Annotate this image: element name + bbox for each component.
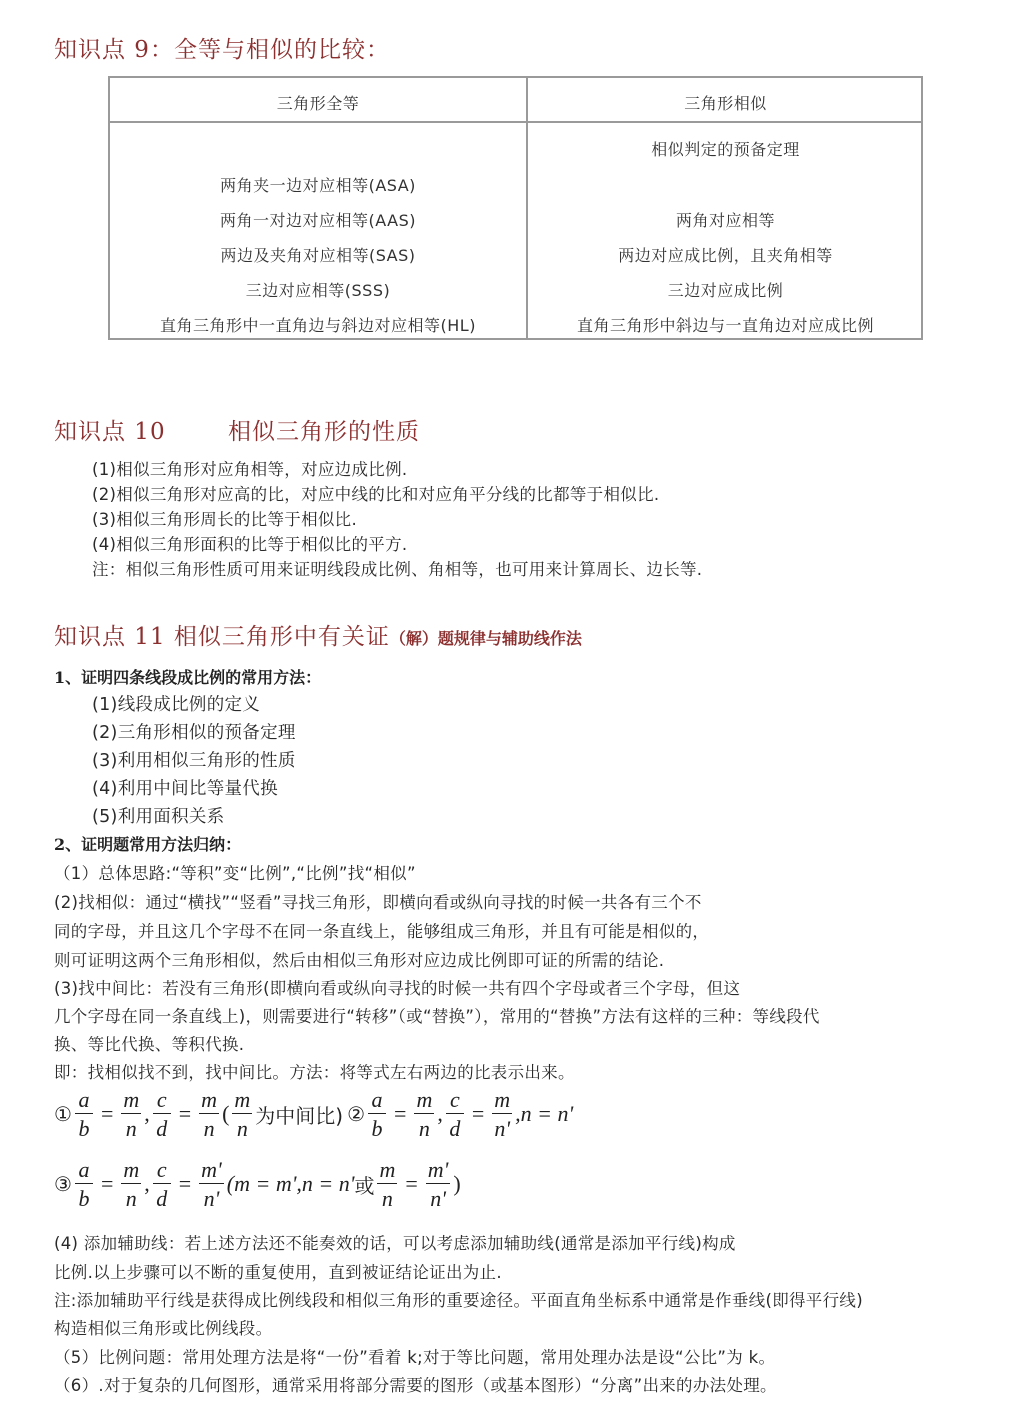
summary-line: (4) 添加辅助线：若上述方法还不能奏效的话，可以考虑添加辅助线(通常是添加平行… — [54, 1230, 736, 1254]
section-10-title-prefix: 知识点 10 — [54, 413, 166, 446]
circled-3-label: ③ — [54, 1172, 72, 1196]
summary-note: 构造相似三角形或比例线段。 — [54, 1315, 272, 1339]
fraction-m-n: mn — [414, 1089, 434, 1140]
property-item: (2)相似三角形对应高的比，对应中线的比和对应角平分线的比都等于相似比. — [92, 481, 659, 505]
formula-row-3: ③ ab = mn , cd = m'n' (m = m',n = n' 或 m… — [54, 1158, 461, 1210]
table-cell-right: 相似判定的预备定理 — [528, 137, 923, 160]
section-10-title: 相似三角形的性质 — [228, 413, 420, 446]
table-cell-left: 直角三角形中一直角边与斜边对应相等(HL) — [110, 313, 526, 336]
circled-1-label: ① — [54, 1102, 72, 1126]
fraction-mprime-nprime: m'n' — [199, 1159, 224, 1210]
section-9-title: 知识点 9：全等与相似的比较： — [54, 31, 390, 64]
method-item: (3)利用相似三角形的性质 — [92, 747, 296, 772]
property-item: (4)相似三角形面积的比等于相似比的平方. — [92, 531, 407, 555]
summary-line: 几个字母在同一条直线上)，则需要进行“转移”（或“替换”），常用的“替换”方法有… — [54, 1003, 820, 1027]
or-text: 或 — [354, 1170, 374, 1199]
fraction-a-b: ab — [368, 1089, 386, 1140]
summary-line: 同的字母，并且这几个字母不在同一条直线上，能够组成三角形，并且有可能是相似的， — [54, 918, 709, 942]
summary-line: 则可证明这两个三角形相似，然后由相似三角形对应边成比例即可证的所需的结论. — [54, 947, 664, 971]
fraction-c-d: cd — [153, 1159, 171, 1210]
fraction-a-b: ab — [75, 1089, 93, 1140]
comparison-table: 三角形全等 三角形相似 两角夹一边对应相等(ASA) 两角一对边对应相等(AAS… — [108, 76, 923, 340]
summary-line: 比例.以上步骤可以不断的重复使用，直到被证结论证出为止. — [54, 1259, 502, 1283]
summary-line: （5）比例问题：常用处理方法是将“一份”看着 k;对于等比问题，常用处理办法是设… — [54, 1344, 775, 1368]
method-item: (4)利用中间比等量代换 — [92, 775, 278, 800]
table-header-congruent: 三角形全等 — [110, 91, 526, 114]
table-cell-left: 两边及夹角对应相等(SAS) — [110, 243, 526, 266]
property-item: (3)相似三角形周长的比等于相似比. — [92, 506, 357, 530]
section-11-title: 知识点 11 相似三角形中有关证（解）题规律与辅助线作法 — [54, 618, 582, 651]
table-header-similar: 三角形相似 — [528, 91, 923, 114]
section-11-title-sub: （解）题规律与辅助线作法 — [390, 629, 582, 648]
table-cell-right: 三边对应成比例 — [528, 278, 923, 301]
method-item: (2)三角形相似的预备定理 — [92, 719, 296, 744]
fraction-a-b: ab — [75, 1159, 93, 1210]
formula-2-tail: ,n = n' — [515, 1101, 573, 1127]
circled-2-label: ② — [347, 1102, 365, 1126]
table-cell-right: 两边对应成比例，且夹角相等 — [528, 243, 923, 266]
fraction-mprime-nprime: m'n' — [426, 1159, 451, 1210]
fraction-m-nprime: mn' — [492, 1089, 512, 1140]
fraction-m-n: mn — [121, 1159, 141, 1210]
mid-ratio-text: 为中间比) — [255, 1100, 343, 1129]
fraction-m-n: mn — [121, 1089, 141, 1140]
fraction-m-n: mn — [232, 1089, 252, 1140]
formula-3-condition: (m = m',n = n' — [227, 1171, 355, 1197]
fraction-m-n: mn — [377, 1159, 397, 1210]
table-cell-left: 三边对应相等(SSS) — [110, 278, 526, 301]
fraction-m-n: mn — [199, 1089, 219, 1140]
part-1-heading: 1、证明四条线段成比例的常用方法： — [54, 665, 321, 688]
table-cell-left: 两角一对边对应相等(AAS) — [110, 208, 526, 231]
table-cell-right: 两角对应相等 — [528, 208, 923, 231]
table-cell-right: 直角三角形中斜边与一直角边对应成比例 — [528, 313, 923, 336]
fraction-c-d: cd — [446, 1089, 464, 1140]
summary-line: (2)找相似：通过“横找”“竖看”寻找三角形，即横向看或纵向寻找的时候一共各有三… — [54, 889, 702, 913]
table-header-divider — [110, 121, 921, 123]
section-11-title-main: 知识点 11 相似三角形中有关证 — [54, 624, 390, 650]
method-item: (5)利用面积关系 — [92, 803, 225, 828]
summary-line: 换、等比代换、等积代换. — [54, 1031, 244, 1055]
summary-line: （6）.对于复杂的几何图形，通常采用将部分需要的图形（或基本图形）“分离”出来的… — [54, 1372, 777, 1396]
property-item: (1)相似三角形对应角相等，对应边成比例. — [92, 456, 407, 480]
method-item: (1)线段成比例的定义 — [92, 691, 260, 716]
summary-line: (3)找中间比：若没有三角形(即横向看或纵向寻找的时候一共有四个字母或者三个字母… — [54, 975, 740, 999]
summary-line: 即：找相似找不到，找中间比。方法：将等式左右两边的比表示出来。 — [54, 1059, 575, 1083]
fraction-c-d: cd — [153, 1089, 171, 1140]
formula-row-1: ① ab = mn , cd = mn ( mn 为中间比) ② ab = mn… — [54, 1088, 573, 1140]
summary-line: （1）总体思路:“等积”变“比例”,“比例”找“相似” — [54, 860, 416, 884]
table-cell-left: 两角夹一边对应相等(ASA) — [110, 173, 526, 196]
property-note: 注：相似三角形性质可用来证明线段成比例、角相等，也可用来计算周长、边长等. — [92, 556, 702, 580]
part-2-heading: 2、证明题常用方法归纳： — [54, 832, 241, 855]
summary-note: 注:添加辅助平行线是获得成比例线段和相似三角形的重要途径。平面直角坐标系中通常是… — [54, 1287, 863, 1311]
